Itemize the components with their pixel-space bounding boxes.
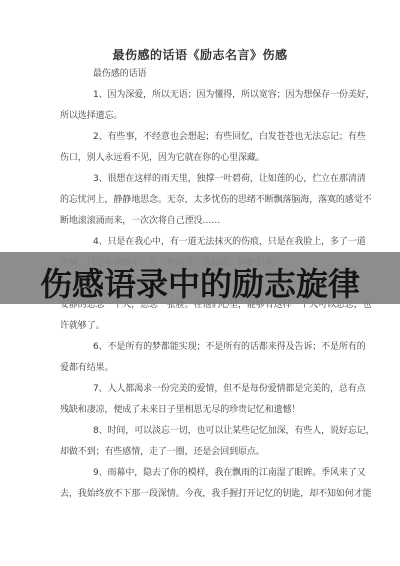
text-line: 爱都有结果。: [60, 358, 364, 379]
article-title: 最伤感的话语《励志名言》伤感: [0, 47, 400, 63]
text-line: 所以选择遗忘。: [60, 106, 364, 127]
text-line: 许就够了。: [60, 316, 364, 337]
article-page: 最伤感的话语《励志名言》伤感 最伤感的话语1、因为深爱，所以无语；因为懂得，所以…: [0, 0, 400, 566]
text-line: 的忘忧河上，静静地思念。无奈，太多忧伤的思绪不断飘落脑海，落寞的感觉不: [60, 190, 364, 211]
text-line: 7、人人都渴求一份完美的爱情，但不是每份爱情都是完美的，总有点: [60, 379, 364, 400]
text-line: 3、很想在这样的雨天里，独撑一叶碧荷，让如莲的心，伫立在那清清: [60, 169, 364, 190]
text-line: 4、只是在我心中，有一道无法抹灭的伤痕，只是在我脸上，多了一道: [60, 232, 364, 253]
text-line: 1、因为深爱，所以无语；因为懂得，所以宽容；因为想保存一份美好，: [60, 85, 364, 106]
text-line: 断地滚滚涌而来，一次次将自己湮没……: [60, 211, 364, 232]
text-line: 残缺和凄凉，便成了未来日子里相思无尽的珍贵记忆和遗憾！: [60, 400, 364, 421]
text-line: 伤口，别人永远看不见，因为它就在你的心里深藏。: [60, 148, 364, 169]
text-line: 最伤感的话语: [60, 64, 364, 85]
text-line: 却做不到；有些感情，走了一圈，还是会回到原点。: [60, 442, 364, 463]
caption-overlay-band: 伤感语录中的励志旋律: [0, 252, 400, 304]
caption-headline: 伤感语录中的励志旋律: [40, 251, 360, 305]
text-line: 2、有些事，不经意也会想起；有些回忆，白发苍苍也无法忘记；有些: [60, 127, 364, 148]
text-line: 8、时间，可以淡忘一切，也可以让某些记忆加深，有些人，说好忘记，: [60, 421, 364, 442]
text-line: 去，我始终放不下那一段深情。今夜，我手握打开记忆的钥匙，却不知如何才能: [60, 484, 364, 505]
text-line: 6、不是所有的梦都能实现；不是所有的话都来得及告诉；不是所有的: [60, 337, 364, 358]
text-line: 9、雨幕中，隐去了你的模样，我在飘雨的江南湿了眼眸。季风来了又: [60, 463, 364, 484]
